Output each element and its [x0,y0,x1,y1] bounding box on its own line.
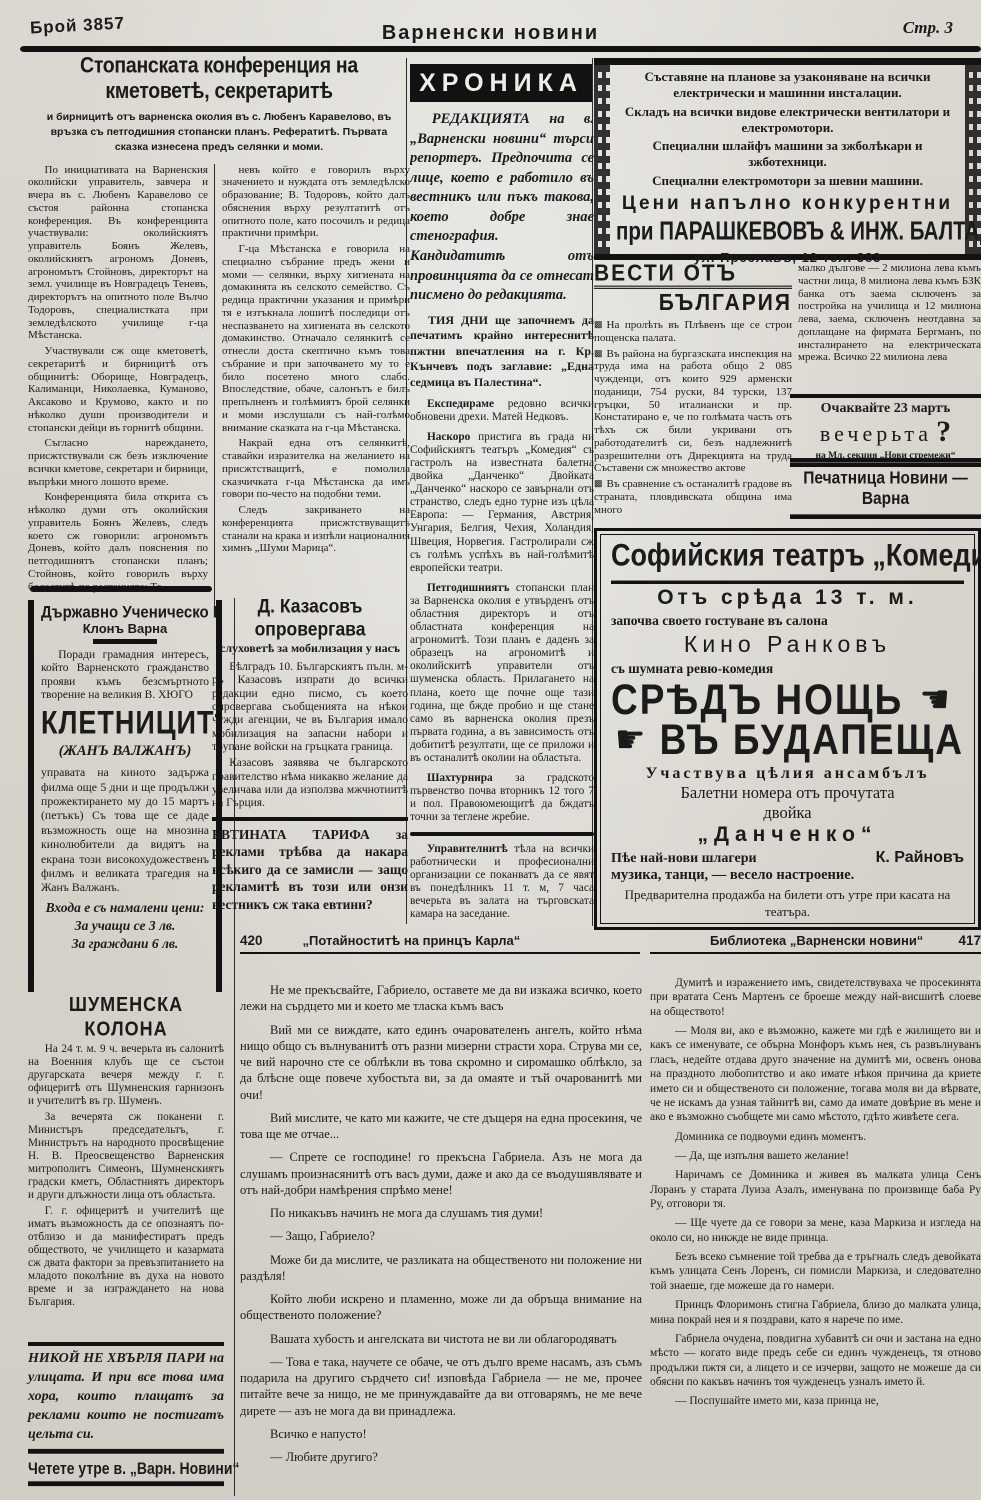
novel-library-title: Библиотека „Варненски новини“ [710,933,923,948]
novel-left-page: Не ме прекъсвайте, Габриело, оставете ме… [240,982,642,1498]
news-item: Експедираме редовно всички обновени дрех… [410,398,594,424]
item-text: Въ сравнение съ останалитѣ градове въ ст… [594,478,792,516]
announce-row: вечерьта ? [792,417,979,451]
item-lead: Управителнитѣ [427,843,508,855]
section-title: ШУМЕНСКА КОЛОНА [28,996,224,1041]
novel-paragraph: Може би да мислите, че разликата на обще… [240,1252,642,1285]
theater-cast: Участвува цѣлия ансамбълъ [611,765,964,783]
theater-singer: К. Райновъ [876,849,964,867]
news-item: ТИЯ ДНИ ще започнемъ да печатимъ крайно … [410,313,594,391]
article-headline: Д. Казасовъ опровергава [212,595,408,641]
announce-line-2: вечерьта [820,421,932,447]
ad-firm-name: при ПАРАШКЕВОВЪ & ИНЖ. БАЛТАДЖИЕВЪ [616,217,959,247]
cinema-intro: Поради грамадния интересъ, който Варненс… [41,649,209,702]
paragraph: За вечерята сж поканени г. Министъръ пре… [28,1111,224,1202]
price-citizens: За граждани 6 лв. [41,935,209,953]
read-tomorrow-banner: Четете утре в. „Варн. Новини“ [28,1449,224,1486]
article-subhead: и бирницитѣ отъ варненска околия въ с. Л… [28,110,410,156]
theater-ballet: Балетни номера отъ прочутата [611,783,964,803]
show-title-text: ВЪ БУДАПЕЩА [660,716,964,764]
novel-paragraph: Вий ми се виждате, като единъ очаровател… [240,1022,642,1103]
item-lead: Наскоро [427,431,470,443]
item-lead: РЕДАКЦИЯТА [432,111,530,127]
novel-paragraph: — Моля ви, ако е възможно, кажете ми гдѣ… [650,1024,981,1125]
theater-name: Софийския театръ „Комедия“ [611,538,964,584]
ad-theater: Софийския театръ „Комедия“ Отъ срѣда 13 … [594,528,981,930]
novel-paragraph: — Защо, Габриело? [240,1228,642,1244]
news-item: РЕДАКЦИЯТА на в. „Варненски новини“ търс… [410,110,594,306]
section-title-hronika: ХРОНИКА [410,64,592,102]
paragraph: Следъ закриването на конференцията присж… [222,504,410,555]
printer-imprint: Печатница Новини — Варна [790,458,981,519]
theater-tickets: Предварителна продажба на билети отъ утр… [611,887,964,921]
ad-slogan: Цени напълно конкурентни [616,193,959,215]
novel-paragraph: Безъ всеко съмнение той требва да е тръг… [650,1250,981,1293]
newspaper-page: Брой 3857 Варненски новини Стр. 3 Стопан… [0,0,981,1500]
ad-line: Специални електромотори за шевни машини. [616,173,959,189]
theater-duo-name: „Данченко“ [611,823,964,847]
cinema-body: управата на киното задържа филма още 5 д… [41,765,209,895]
novel-paragraph: Доминика се подвоуми единъ моментъ. [650,1130,981,1144]
item-lead: Експедираме [427,398,494,410]
paragraph: Съгласно нареждането, присжтствували сж … [28,437,208,488]
paragraph: На 24 т. м. 9 ч. вечерьта въ салонитѣ на… [28,1043,224,1108]
novel-left-header: 420 „Потайноститѣ на принцъ Карла“ [240,933,640,954]
question-mark: ? [936,415,951,449]
theater-duo-label: двойка [611,803,964,823]
masthead-title: Варненски новини [0,22,981,45]
ad-theater-content: Софийския театръ „Комедия“ Отъ срѣда 13 … [600,534,975,924]
news-marker-icon: ▩ [594,478,603,488]
article-kazasov: Д. Казасовъ опровергава слуховетѣ за моб… [212,597,408,913]
novel-paragraph: — Спрете се господине! го прекъсна Габри… [240,1149,642,1198]
theater-line: започва своето гостуване въ салона [611,613,964,629]
paragraph: малко дългове — 2 милиона лева къмъ част… [798,262,981,364]
paragraph: Накрай една отъ селянкитѣ, ставайки изра… [222,437,410,501]
item-text: на в. „Варненски новини“ търси репортеръ… [410,111,594,303]
novel-paragraph: Думитѣ и изражението имъ, свидетелствува… [650,976,981,1019]
theater-date: Отъ срѣда 13 т. м. [611,586,964,610]
masthead-rule [20,46,981,52]
ad-line: Съставяне на планове за узаконяване на в… [616,69,959,102]
theater-line: съ шумната ревю-комедия [611,661,964,677]
novel-paragraph: Наричамъ се Доминика и живея въ малката … [650,1168,981,1211]
article-column-2: невъ който е говорилъ върху значението и… [214,164,410,616]
article-column-1: По инициативата на Варненския околийски … [28,164,214,616]
paragraph: Бѣлградъ 10. Българскиятъ пълн. м-ръ Каз… [212,661,408,754]
film-subtitle: (ЖАНЪ ВАЛЖАНЪ) [41,743,209,760]
house-promo-no-money: НИКОЙ НЕ ХВЪРЛЯ ПАРИ на улицата. И при в… [28,1342,224,1444]
announce-box: Очаквайте 23 мартъ вечерьта ? на Мл. сек… [790,394,981,467]
news-item: ▩Въ района на бургазската инспекция на т… [594,348,792,476]
checker-border-left [594,65,610,254]
vesti-continuation: малко дългове — 2 милиона лева къмъ част… [798,262,981,390]
novel-page-number: 420 [240,933,263,948]
novel-page-number: 417 [958,933,981,948]
novel-title: „Потайноститѣ на принцъ Карла“ [303,933,521,948]
prices-heading: Входа е съ намалени цени: [41,899,209,917]
ad-electro-content: Съставяне на планове за узаконяване на в… [616,69,959,265]
item-lead: Шахтурнира [427,772,493,784]
promo-lead: ЕВТИНАТА ТАРИФА [212,827,370,842]
cinema-prices: Входа е съ намалени цени: За учащи се 3 … [41,899,209,954]
paragraph: Конференцията била открита съ нѣколко ду… [28,491,208,593]
novel-paragraph: Всичко е напусто! [240,1426,642,1442]
house-promo: ЕВТИНАТА ТАРИФА за реклами трѣбва да нак… [212,817,408,914]
section-shumen: ШУМЕНСКА КОЛОНА На 24 т. м. 9 ч. вечерьт… [28,996,224,1344]
ad-electro: Съставяне на планове за узаконяване на в… [594,58,981,260]
paragraph: Казасовъ заявява че българското правител… [212,757,408,810]
novel-paragraph: Който люби искрено и пламенно, може ли д… [240,1291,642,1324]
item-text: пристига въ града ни Софийскиятъ театъръ… [410,431,594,574]
novel-paragraph: Вашата хубость и ангелската ви чистота н… [240,1331,642,1347]
item-text: Въ района на бургазската инспекция на тр… [594,348,792,475]
show-title-line-2: ☛ ВЪ БУДАПЕЩА [611,716,964,764]
paragraph: Г. г. офицеритѣ и учителитѣ ще иматъ въз… [28,1205,224,1309]
cinema-branch: Клонъ Варна [41,621,209,636]
novel-paragraph: — Ще чуете да се говори за мене, каза Ма… [650,1216,981,1245]
item-text: стопански план за Варненска околия е утв… [410,582,594,764]
novel-paragraph: — Любите другиго? [240,1449,642,1465]
item-lead: Петгодишниятъ [427,582,510,594]
paragraph: невъ който е говорилъ върху значението и… [222,164,410,241]
novel-paragraph: Вий мислите, че като ми кажите, че сте д… [240,1110,642,1143]
promo-lead: НИКОЙ НЕ ХВЪРЛЯ ПАРИ [28,1351,206,1366]
novel-paragraph: По никакъвъ начинъ не мога да слушамъ ти… [240,1205,642,1221]
ad-line: Специални шлайфъ машини за зжболѣкари и … [616,138,959,171]
film-title: КЛЕТНИЦИТѢ [41,705,209,742]
novel-right-header: Библиотека „Варненски новини“ 417 [650,933,981,954]
item-lead: ТИЯ ДНИ [428,313,488,327]
divider [93,639,157,644]
paragraph: Г-ца Мѣстанска е говорила на специално с… [222,243,410,434]
novel-paragraph: — Това е така, научете се обаче, че отъ … [240,1354,642,1419]
article-conference: Стопанската конференция на кметоветѣ, се… [28,56,410,616]
theater-row: Пѣе най-нови шлагери К. Райновъ [611,849,964,867]
news-item: Управителнитѣ тѣла на всички работническ… [410,843,594,922]
page-number: Стр. 3 [903,18,953,38]
novel-paragraph: — Поспушайте името ми, каза принца не, [650,1394,981,1408]
vesti-title-bottom: БЪЛГАРИЯ [594,286,792,317]
section-vesti: ВЕСТИ ОТЪ БЪЛГАРИЯ ▩На пролѣть въ Плѣвен… [594,262,792,534]
news-item: Шахтурнира за градското първенство почва… [410,772,594,824]
article-subhead: слуховетѣ за мобилизация у насъ [212,641,408,656]
ad-cinema: Държавно Ученическо Кино Клонъ Варна Пор… [28,600,222,992]
item-text: На пролѣть въ Плѣвенъ ще се строи пощенс… [594,319,792,344]
item-divider [410,832,594,836]
theater-venue: Кино Ранковъ [611,631,964,658]
hronika-items: РЕДАКЦИЯТА на в. „Варненски новини“ търс… [410,110,594,922]
ad-line: Складъ на всички видове електрически вен… [616,104,959,137]
theater-sings: Пѣе най-нови шлагери [611,851,757,867]
pointing-hand-icon: ☛ [611,717,645,763]
novel-paragraph: Принцъ Флоримонъ стигна Габриела, близо … [650,1298,981,1327]
news-marker-icon: ▩ [594,348,603,358]
novel-paragraph: Не ме прекъсвайте, Габриело, оставете ме… [240,982,642,1015]
news-item: ▩Въ сравнение съ останалитѣ градове въ с… [594,478,792,516]
theater-mood: музика, танци, — весело настроение. [611,867,964,884]
price-students: За учащи се 3 лв. [41,917,209,935]
cinema-title: Държавно Ученическо Кино [41,603,209,622]
article-columns: По инициативата на Варненския околийски … [28,164,410,616]
novel-paragraph: Габриела очудена, повдигна хубавитѣ си о… [650,1332,981,1389]
paragraph: Участвували сж още кметоветѣ, секретарит… [28,345,208,434]
news-item: Наскоро пристига въ града ни Софийскиятъ… [410,431,594,575]
news-item: Петгодишниятъ стопански план за Варненск… [410,582,594,765]
novel-paragraph: — Да, ще изпълня вашето желание! [650,1149,981,1163]
news-item: ▩На пролѣть въ Плѣвенъ ще се строи пощен… [594,319,792,345]
article-headline: Стопанската конференция на кметоветѣ, се… [28,53,410,105]
section-divider [30,586,212,592]
paragraph: По инициативата на Варненския околийски … [28,164,208,343]
novel-right-page: Думитѣ и изражението имъ, свидетелствува… [650,976,981,1498]
vesti-title-top: ВЕСТИ ОТЪ [594,262,792,287]
news-marker-icon: ▩ [594,319,603,329]
